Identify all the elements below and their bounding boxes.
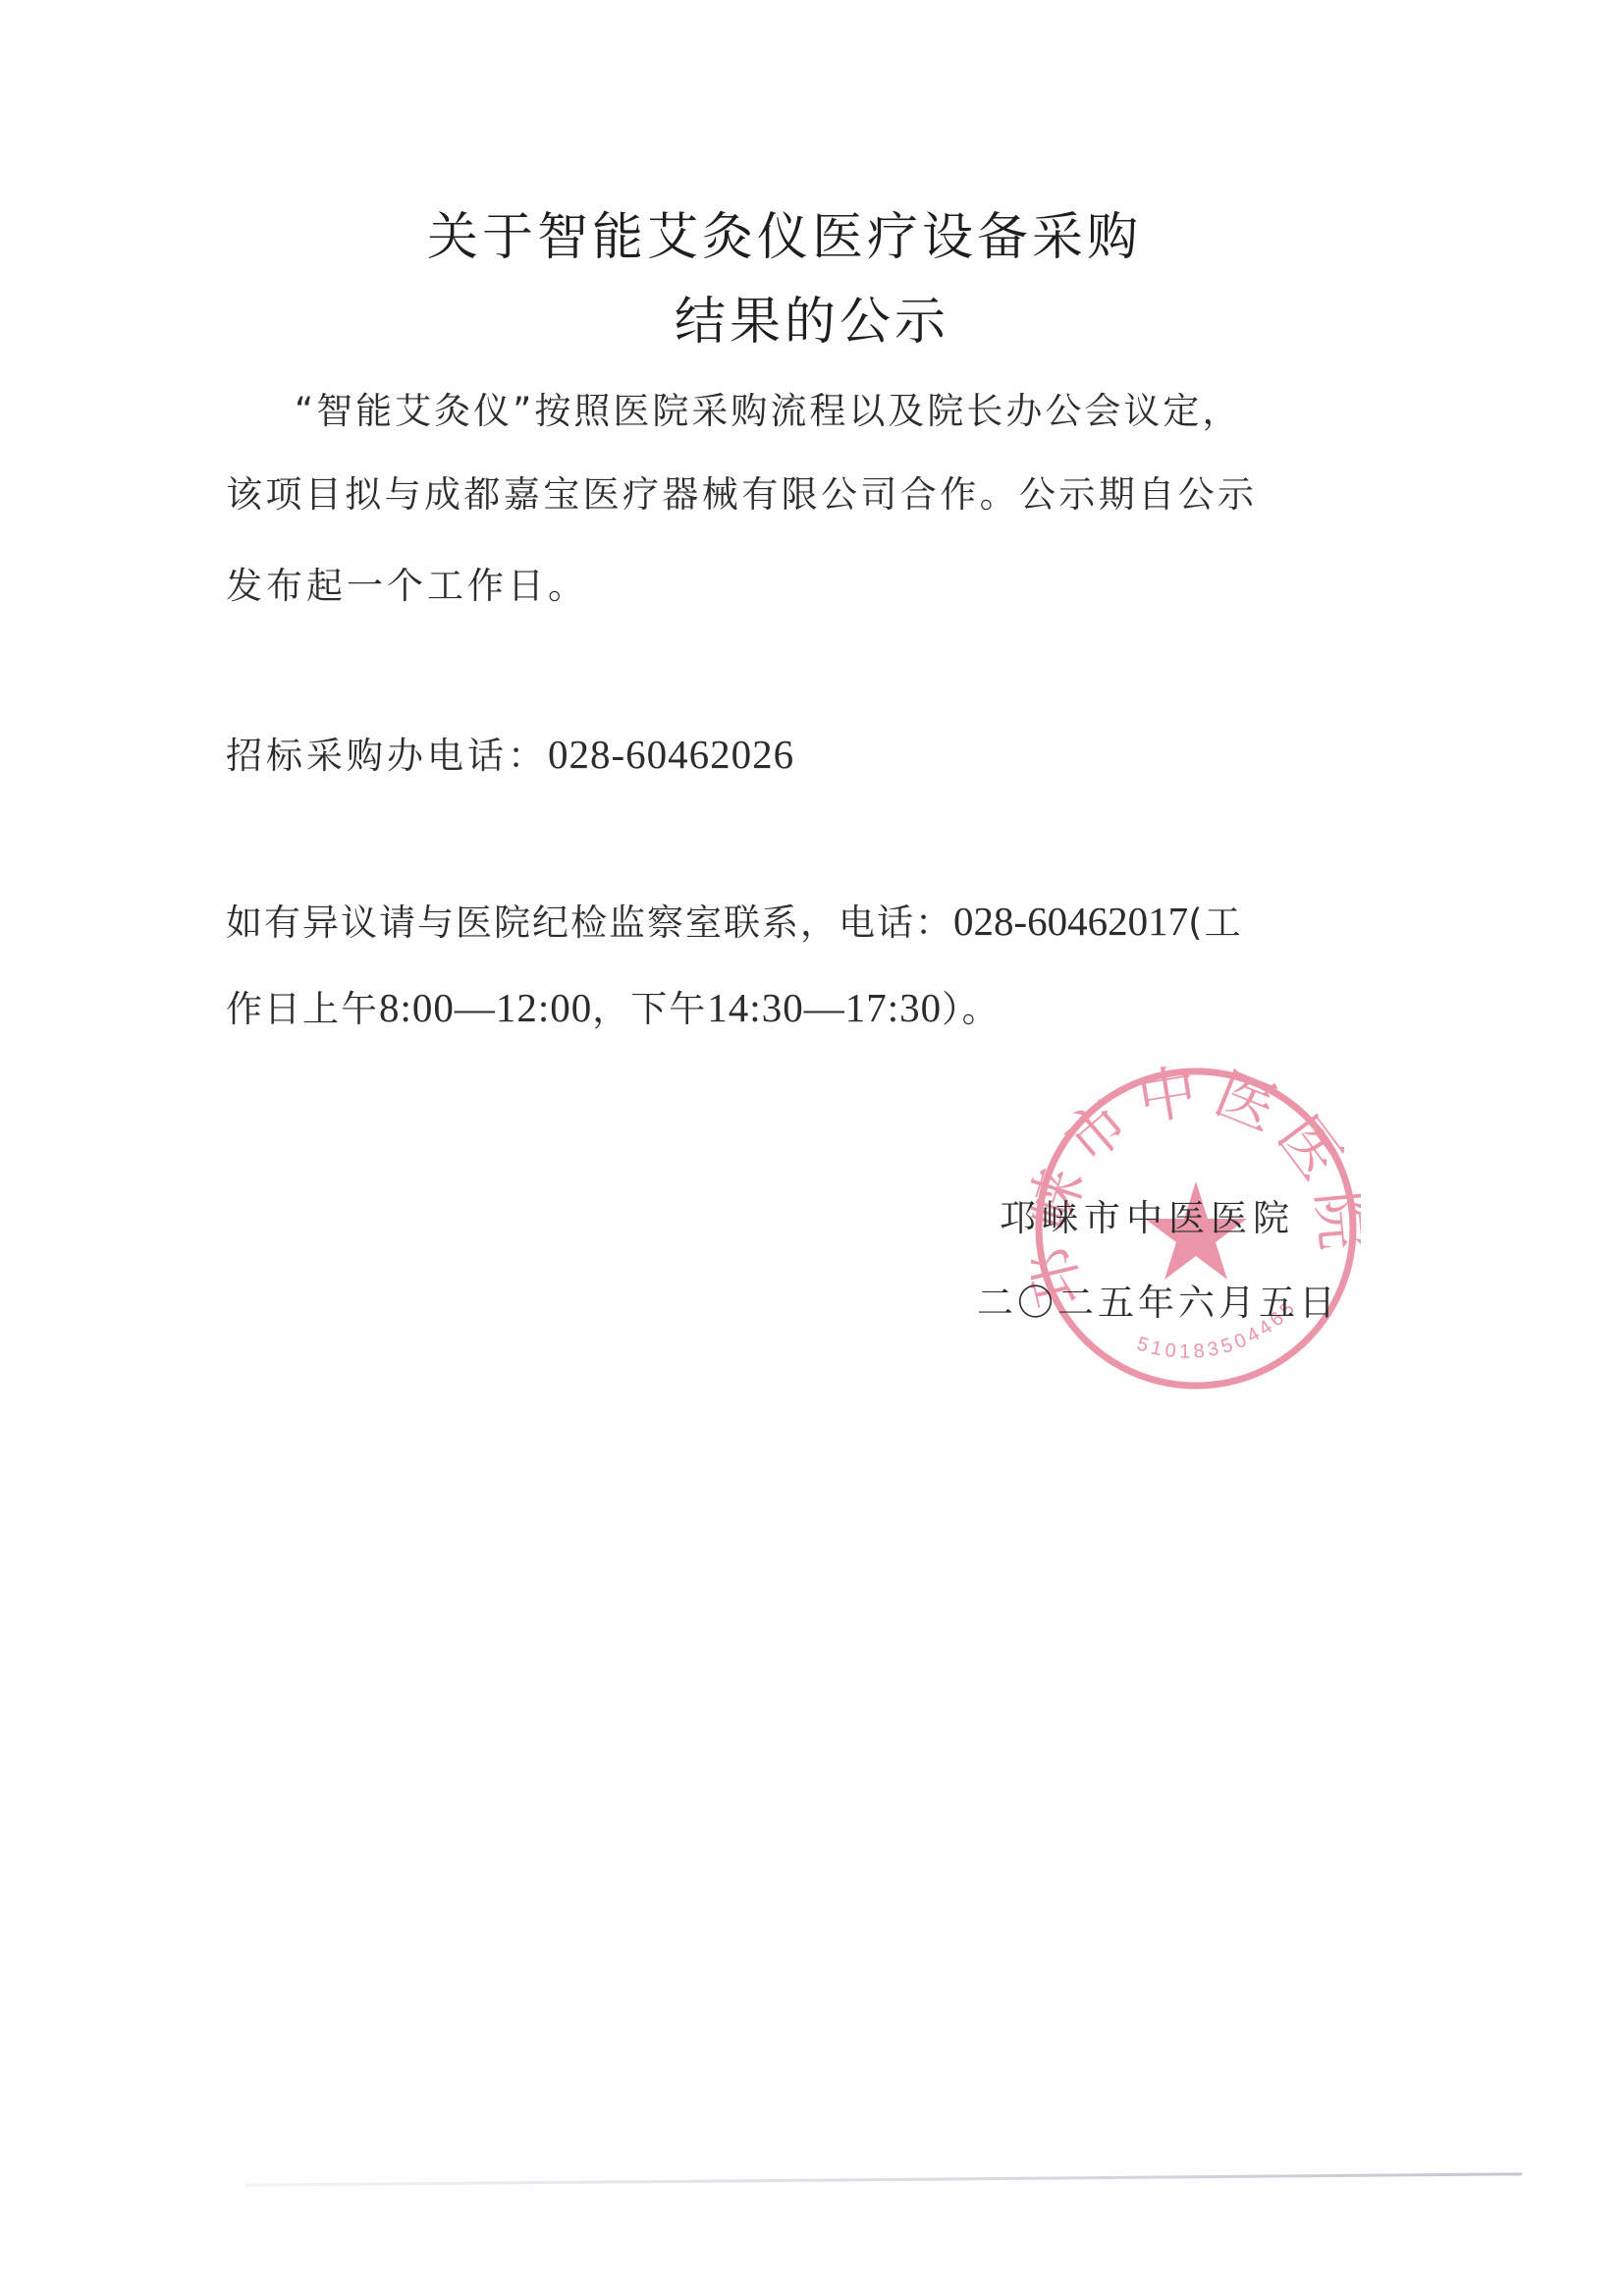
document-title-line-2: 结果的公示 xyxy=(0,297,1624,348)
procurement-contact-phone: 028-60462026 xyxy=(548,732,794,777)
objection-workday-label: 作日上午 xyxy=(226,988,379,1030)
procurement-contact-line: 招标采购办电话：028-60462026 xyxy=(226,735,794,775)
objection-time-am: 8:00—12:00 xyxy=(379,985,592,1030)
objection-text: 如有异议请与医院纪检监察室联系，电话： xyxy=(226,902,953,944)
body-paragraph-line-3: 发布起一个工作日。 xyxy=(226,568,588,604)
objection-line-1: 如有异议请与医院纪检监察室联系，电话：028-60462017(工 xyxy=(226,902,1243,942)
objection-line-2: 作日上午8:00—12:00，下午14:30—17:30）。 xyxy=(226,988,1001,1028)
document-page: 关于智能艾灸仪医疗设备采购 结果的公示 “智能艾灸仪”按照医院采购流程以及院长办… xyxy=(0,0,1624,2296)
objection-phone: 028-60462017 xyxy=(953,899,1188,944)
objection-end: ）。 xyxy=(942,988,1001,1030)
signature-date: 二〇二五年六月五日 xyxy=(977,1285,1339,1321)
objection-time-pm: 14:30—17:30 xyxy=(707,985,942,1030)
objection-pm-label: ，下午 xyxy=(592,988,707,1030)
body-paragraph-line-2: 该项目拟与成都嘉宝医疗器械有限公司合作。公示期自公示 xyxy=(226,476,1257,513)
scan-artifact-line xyxy=(245,2172,1522,2186)
procurement-contact-label: 招标采购办电话： xyxy=(226,735,548,777)
body-paragraph-line-1: “智能艾灸仪”按照医院采购流程以及院长办公会议定， xyxy=(295,393,1241,429)
document-title-line-1: 关于智能艾灸仪医疗设备采购 xyxy=(0,212,1597,263)
signature-organization: 邛崃市中医医院 xyxy=(1000,1200,1295,1236)
objection-tail: (工 xyxy=(1188,902,1242,944)
